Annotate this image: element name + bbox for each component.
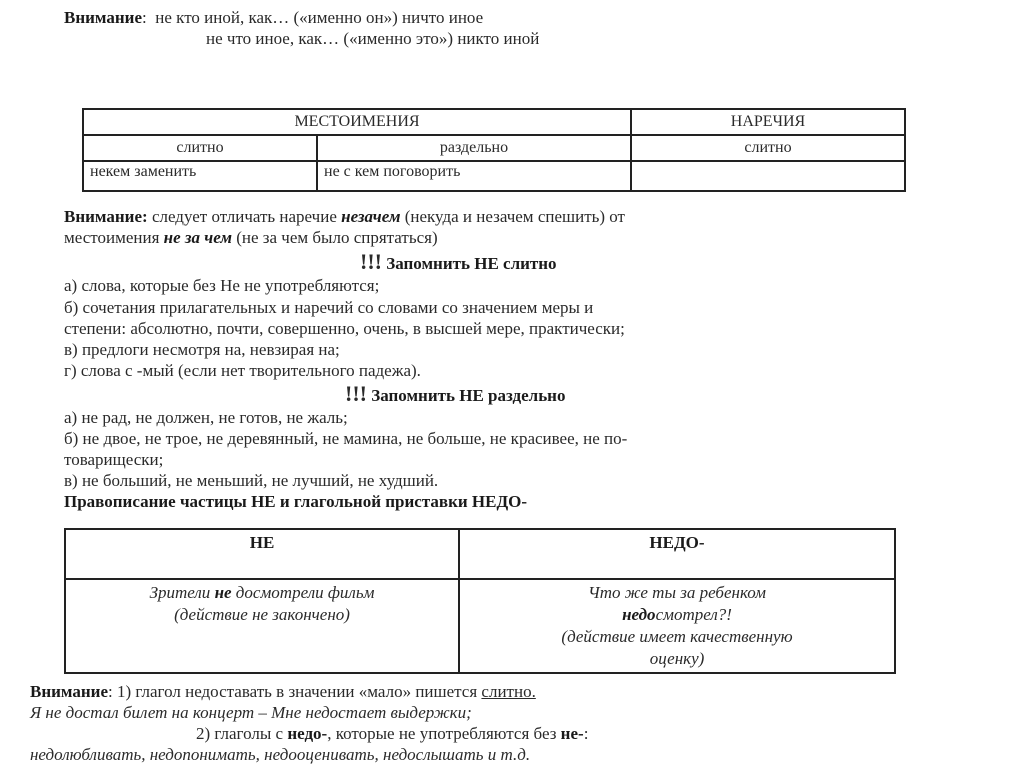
note1-label: Внимание: xyxy=(64,207,148,226)
note2-example-1: Я не достал билет на концерт – Мне недос… xyxy=(30,703,472,723)
intro-text-1: не кто иной, как… («именно он») ничто ин… xyxy=(155,8,483,27)
separate-item: товарищески; xyxy=(64,450,163,470)
cell-separate-example: не с кем поговорить xyxy=(317,161,631,191)
document-page: Внимание: не кто иной, как… («именно он»… xyxy=(0,0,1024,767)
section-separate-heading: !!! Запомнить НЕ раздельно xyxy=(345,384,565,406)
ne-nedo-table: НЕ НЕДО- Зрители не досмотрели фильм (де… xyxy=(64,528,896,674)
together-item: б) сочетания прилагательных и наречий со… xyxy=(64,298,992,318)
header-adverbs: НАРЕЧИЯ xyxy=(631,109,905,135)
cell-adverb-example xyxy=(631,161,905,191)
attention-label: Внимание xyxy=(64,8,142,27)
heading-ne-nedo: Правописание частицы НЕ и глагольной при… xyxy=(64,492,527,512)
separate-item: б) не двое, не трое, не деревянный, не м… xyxy=(64,429,627,449)
together-item: г) слова с -мый (если нет творительного … xyxy=(64,361,421,381)
intro-line-2: не что иное, как… («именно это») никто и… xyxy=(206,29,539,49)
intro-line-1: Внимание: не кто иной, как… («именно он»… xyxy=(64,8,483,28)
together-item: в) предлоги несмотря на, невзирая на; xyxy=(64,340,340,360)
header-pronouns: МЕСТОИМЕНИЯ xyxy=(83,109,631,135)
word-nezachem: незачем xyxy=(341,207,400,226)
word-ne-za-chem: не за чем xyxy=(164,228,232,247)
note1-line-2: местоимения не за чем (не за чем было сп… xyxy=(64,228,438,248)
note2-example-2: недолюбливать, недопонимать, недооценива… xyxy=(30,745,530,765)
together-item: а) слова, которые без Не не употребляютс… xyxy=(64,276,379,296)
note2-line-1: Внимание: 1) глагол недоставать в значен… xyxy=(30,682,536,702)
note2-label: Внимание xyxy=(30,682,108,701)
header-nedo: НЕДО- xyxy=(459,529,895,579)
separate-item: в) не больший, не меньший, не лучший, не… xyxy=(64,471,438,491)
note1-line-1: Внимание: следует отличать наречие незач… xyxy=(64,207,934,227)
note2-line-2: 2) глаголы с недо-, которые не употребля… xyxy=(196,724,588,744)
subheader-separate: раздельно xyxy=(317,135,631,161)
pronoun-adverb-table: МЕСТОИМЕНИЯ НАРЕЧИЯ слитно раздельно сли… xyxy=(82,108,906,192)
subheader-together: слитно xyxy=(83,135,317,161)
cell-nedo-example: Что же ты за ребенком недосмотрел?! (дей… xyxy=(459,579,895,673)
separate-item: а) не рад, не должен, не готов, не жаль; xyxy=(64,408,348,428)
cell-ne-example: Зрители не досмотрели фильм (действие не… xyxy=(65,579,459,673)
subheader-adverb-together: слитно xyxy=(631,135,905,161)
header-ne: НЕ xyxy=(65,529,459,579)
together-item: степени: абсолютно, почти, совершенно, о… xyxy=(64,319,625,339)
section-together-heading: !!! Запомнить НЕ слитно xyxy=(360,252,557,274)
cell-together-example: некем заменить xyxy=(83,161,317,191)
